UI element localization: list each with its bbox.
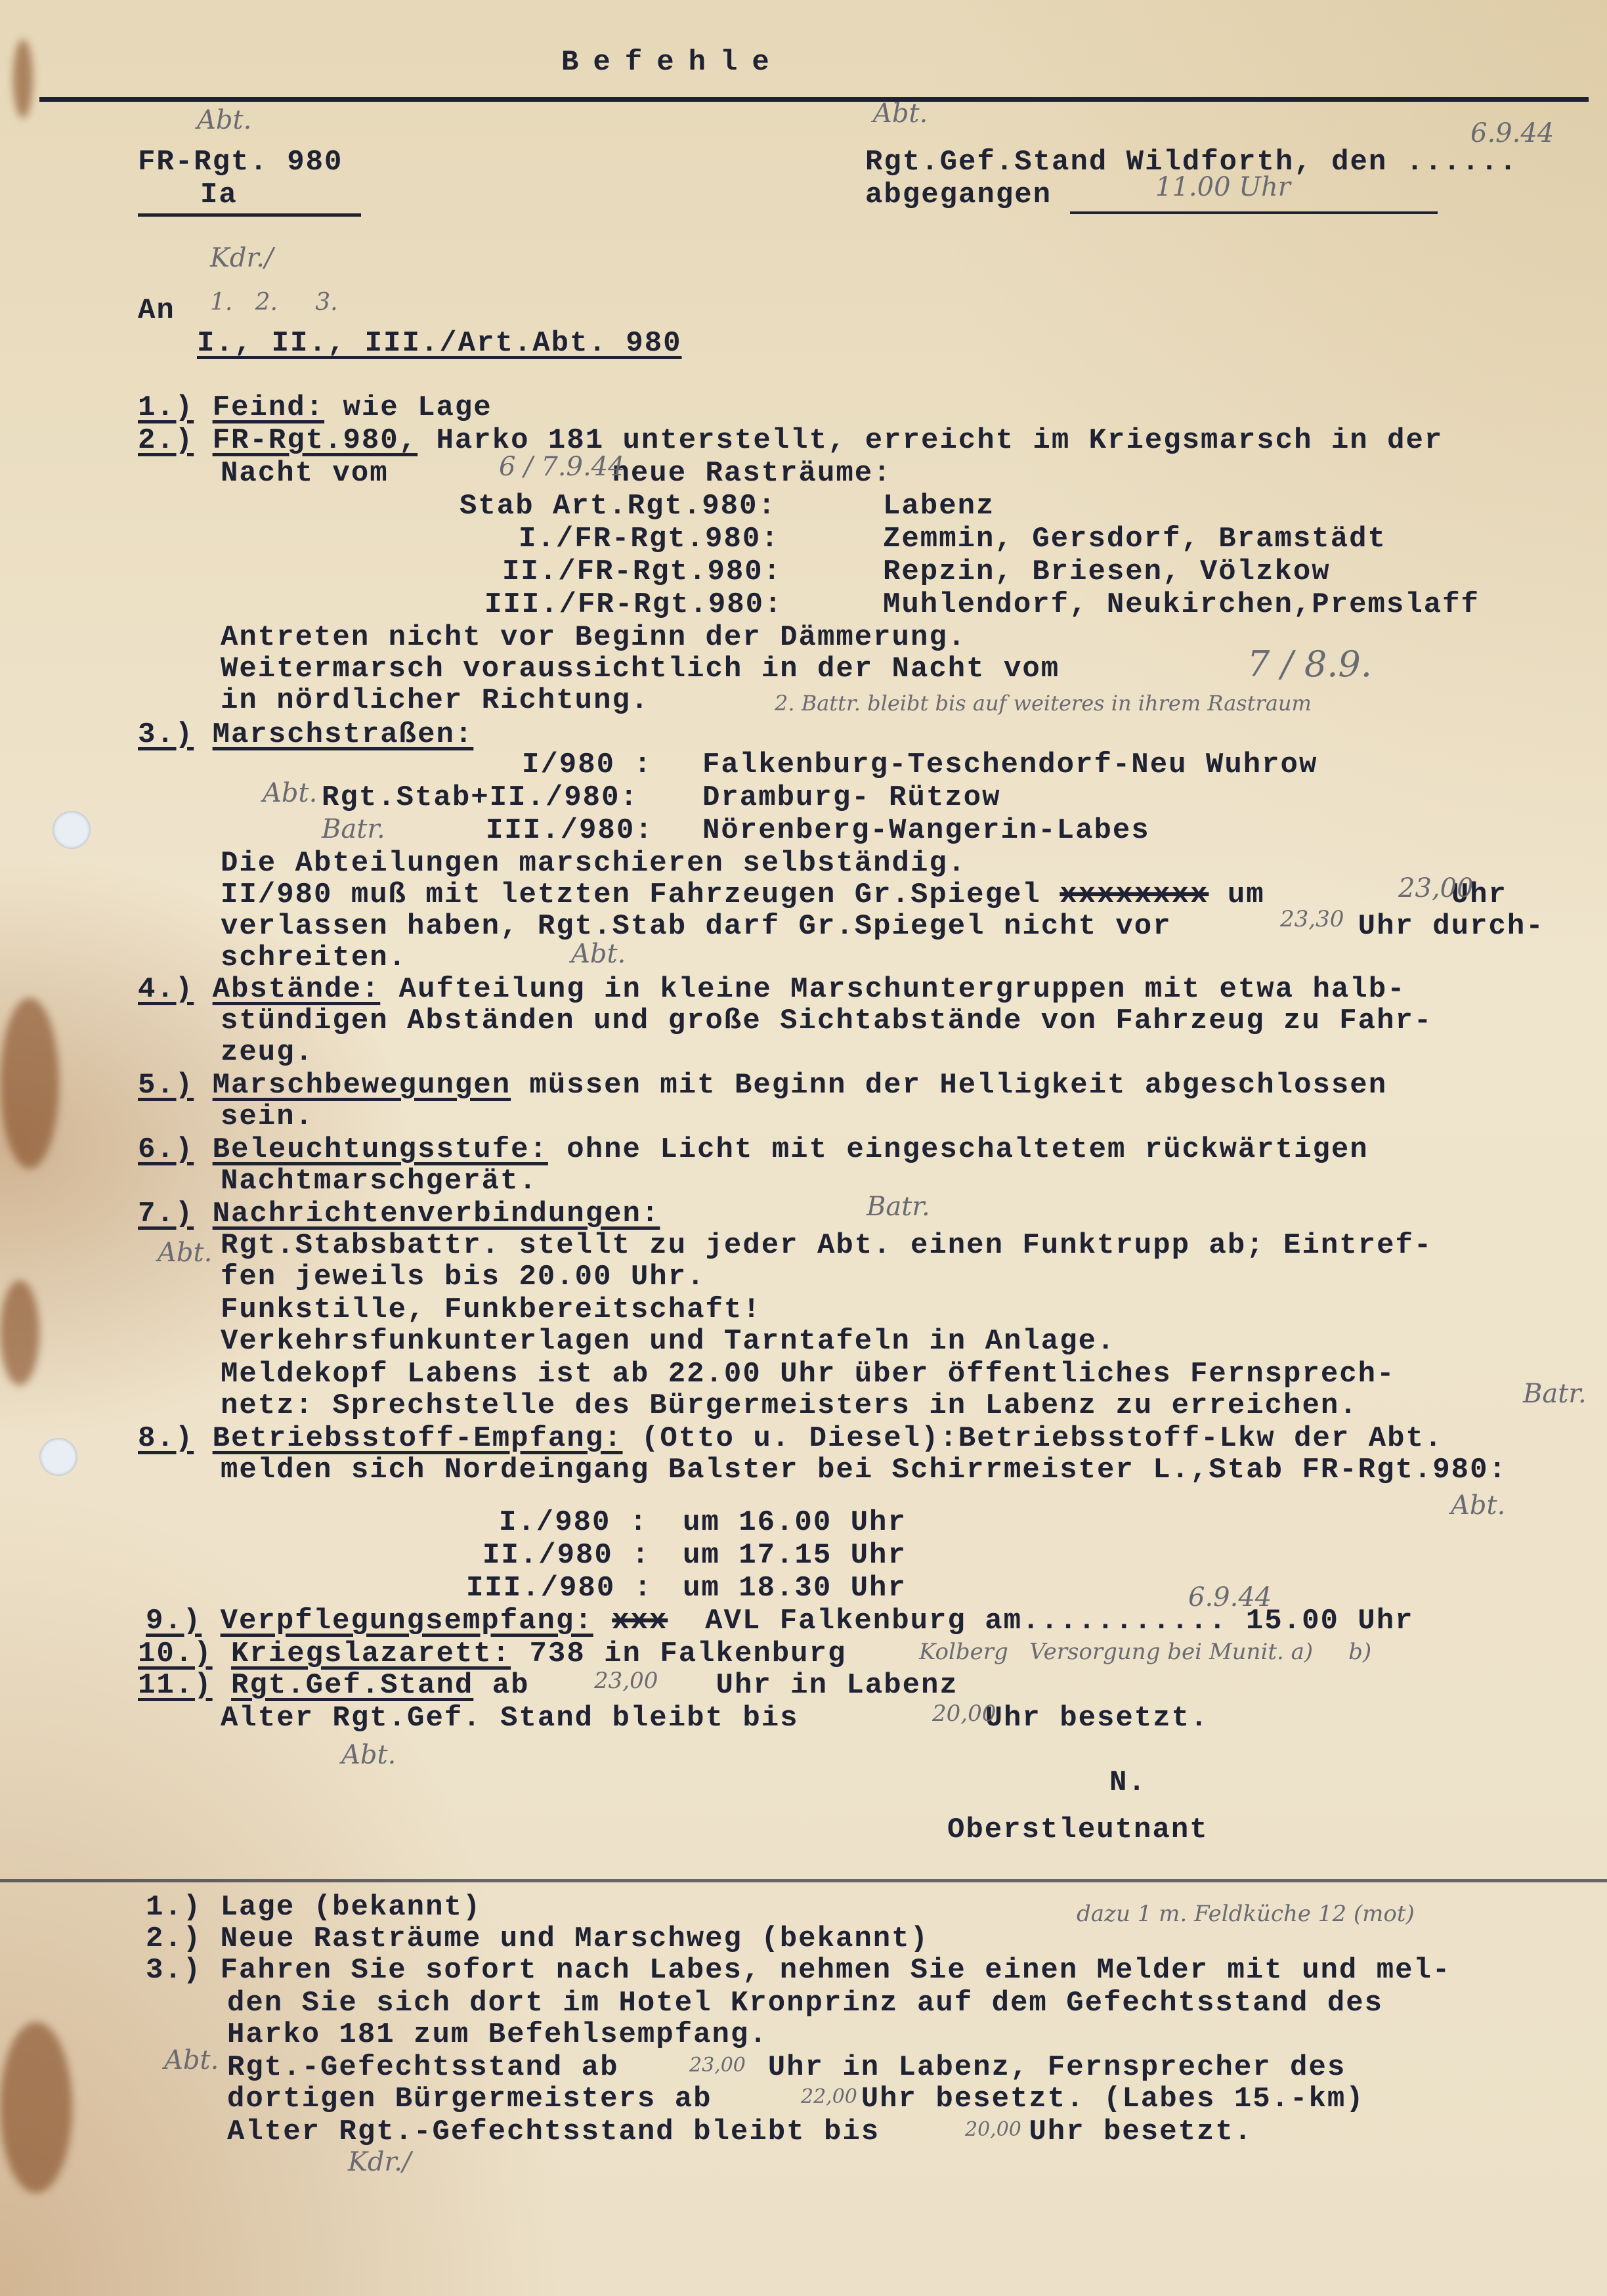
route-unit: III./980:	[486, 814, 654, 847]
signature-rank: Oberstleutnant	[947, 1813, 1209, 1846]
text-line: in nördlicher Richtung.	[221, 684, 649, 717]
recipient-label: An	[138, 294, 175, 327]
route-unit: Rgt.Stab+II./980:	[322, 781, 639, 814]
handwritten-mark: Abt.	[197, 105, 251, 135]
handwritten-mark: Abt.	[571, 939, 626, 969]
text-line: schreiten.	[221, 942, 407, 974]
handwritten-date: 6.9.44	[1470, 118, 1554, 148]
handwritten-note: 2. Battr. bleibt bis auf weiteres in ihr…	[775, 691, 1312, 716]
handwritten-mark: Abt.	[158, 1238, 212, 1268]
rest-area-places: Zemmin, Gersdorf, Bramstädt	[883, 523, 1386, 555]
text-line: Rgt.Stabsbattr. stellt zu jeder Abt. ein…	[221, 1229, 1432, 1262]
order-item-8: 8.) Betriebsstoff-Empfang: (Otto u. Dies…	[138, 1422, 1443, 1455]
lower-item-3: 3.) Fahren Sie sofort nach Labes, nehmen…	[146, 1954, 1451, 1987]
order-item-2: 2.) FR-Rgt.980, Harko 181 unterstellt, e…	[138, 424, 1443, 457]
header-rule	[39, 97, 1589, 102]
lower-item-2: 2.) Neue Rasträume und Marschweg (bekann…	[146, 1922, 929, 1955]
text-line: dortigen Bürgermeisters ab Uhr besetzt. …	[227, 2083, 1365, 2115]
handwritten-mark: Batr.	[867, 1192, 930, 1222]
text-line: Verkehrsfunkunterlagen und Tarntafeln in…	[221, 1325, 1115, 1358]
lower-item-1: 1.) Lage (bekannt)	[146, 1891, 481, 1924]
order-item-7: 7.) Nachrichtenverbindungen:	[138, 1198, 660, 1230]
sent-rule	[1070, 211, 1438, 214]
order-item-1: 1.) Feind: wie Lage	[138, 391, 492, 424]
text-line: Harko 181 zum Befehlsempfang.	[227, 2018, 768, 2051]
handwritten-time: 23,30	[1280, 906, 1344, 932]
recipients: I., II., III./Art.Abt. 980	[197, 327, 682, 360]
order-item-10: 10.) Kriegslazarett: 738 in Falkenburg	[138, 1637, 846, 1670]
text-line: netz: Sprechstelle des Bürgermeisters in…	[221, 1389, 1358, 1422]
handwritten-time: 20,00	[932, 1700, 996, 1727]
text-line: Weitermarsch voraussichtlich in der Nach…	[221, 653, 1060, 685]
order-item-5: 5.) Marschbewegungen müssen mit Beginn d…	[138, 1069, 1387, 1102]
recipient-numbers: 1. 2. 3.	[210, 289, 338, 316]
handwritten-mark: Abt.	[341, 1740, 396, 1770]
text-line: Alter Rgt.Gef. Stand bleibt bis Uhr bese…	[221, 1702, 1209, 1735]
sent-label: abgegangen	[865, 179, 1052, 211]
rest-area-unit: Stab Art.Rgt.980:	[460, 490, 777, 523]
handwritten-night: 6 / 7.9.44	[499, 452, 625, 482]
handwritten-mark: Abt.	[263, 778, 317, 808]
supply-time: um 18.30 Uhr	[683, 1572, 907, 1605]
text-line: Funkstille, Funkbereitschaft!	[221, 1293, 761, 1326]
handwritten-note: Kolberg Versorgung bei Munit. a) b)	[919, 1639, 1371, 1665]
handwritten-date: 6.9.44	[1188, 1582, 1272, 1613]
rest-area-unit: II./FR-Rgt.980:	[502, 555, 782, 588]
supply-unit: III./980 :	[466, 1572, 653, 1605]
sender-section: Ia	[200, 179, 238, 211]
text-line: Meldekopf Labens ist ab 22.00 Uhr über ö…	[221, 1358, 1395, 1391]
order-item-6: 6.) Beleuchtungsstufe: ohne Licht mit ei…	[138, 1133, 1369, 1166]
signature-initial: N.	[1109, 1766, 1147, 1799]
text-line: fen jeweils bis 20.00 Uhr.	[221, 1261, 706, 1293]
text-line: Rgt.-Gefechtsstand ab Uhr in Labenz, Fer…	[227, 2051, 1346, 2084]
sender-rule	[138, 213, 361, 217]
handwritten-note: dazu 1 m. Feldküche 12 (mot)	[1077, 1901, 1415, 1927]
handwritten-mark: Batr.	[1523, 1379, 1587, 1409]
text-line: Alter Rgt.-Gefechtsstand bleibt bis Uhr …	[227, 2115, 1253, 2148]
handwritten-date: 7 / 8.9.	[1247, 643, 1372, 685]
supply-time: um 16.00 Uhr	[683, 1506, 907, 1539]
route-path: Dramburg- Rützow	[702, 781, 1000, 814]
sender-unit: FR-Rgt. 980	[138, 146, 343, 179]
document-page: Befehle FR-Rgt. 980 Ia Abt. Rgt.Gef.Stan…	[0, 0, 1607, 2296]
order-item-3: 3.) Marschstraßen:	[138, 718, 473, 751]
text-line: verlassen haben, Rgt.Stab darf Gr.Spiege…	[221, 910, 1545, 943]
text-line: sein.	[221, 1100, 314, 1133]
text-line: melden sich Nordeingang Balster bei Schi…	[221, 1454, 1507, 1486]
handwritten-time: 23,00	[594, 1668, 658, 1694]
section-divider	[0, 1879, 1607, 1882]
text-line: Antreten nicht vor Beginn der Dämmerung.	[221, 621, 966, 654]
rest-area-places: Muhlendorf, Neukirchen,Premslaff	[883, 588, 1480, 621]
handwritten-time: 20,00	[965, 2118, 1021, 2141]
rest-area-places: Labenz	[883, 490, 995, 523]
order-item-11: 11.) Rgt.Gef.Stand ab Uhr in Labenz	[138, 1669, 958, 1702]
rest-area-unit: III./FR-Rgt.980:	[484, 588, 782, 621]
handwritten-mark: Kdr./	[210, 243, 273, 273]
handwritten-time: 23,00	[1398, 873, 1474, 903]
handwritten-mark: Kdr./	[348, 2147, 411, 2177]
handwritten-sent-time: 11.00 Uhr	[1155, 172, 1291, 202]
text-line: den Sie sich dort im Hotel Kronprinz auf…	[227, 1987, 1383, 2020]
text-line: Die Abteilungen marschieren selbständig.	[221, 847, 966, 880]
order-item-4: 4.) Abstände: Aufteilung in kleine Marsc…	[138, 973, 1406, 1006]
handwritten-time: 22,00	[801, 2085, 857, 2108]
text-line: Nachtmarschgerät.	[221, 1165, 538, 1198]
text-line: stündigen Abständen und große Sichtabstä…	[221, 1005, 1432, 1037]
handwritten-mark: Batr.	[322, 814, 385, 844]
route-path: Falkenburg-Teschendorf-Neu Wuhrow	[702, 748, 1318, 781]
handwritten-time: 23,00	[689, 2054, 746, 2077]
handwritten-mark: Abt.	[873, 98, 928, 129]
route-unit: I/980 :	[522, 748, 653, 781]
route-path: Nörenberg-Wangerin-Labes	[702, 814, 1150, 847]
supply-unit: I./980 :	[499, 1506, 648, 1539]
supply-time: um 17.15 Uhr	[683, 1539, 907, 1572]
supply-unit: II./980 :	[482, 1539, 651, 1572]
rest-area-unit: I./FR-Rgt.980:	[519, 523, 780, 555]
handwritten-mark: Abt.	[164, 2045, 219, 2075]
handwritten-mark: Abt.	[1451, 1490, 1505, 1521]
document-title: Befehle	[561, 46, 784, 79]
text-line: zeug.	[221, 1036, 314, 1069]
rest-area-places: Repzin, Briesen, Völzkow	[883, 555, 1331, 588]
